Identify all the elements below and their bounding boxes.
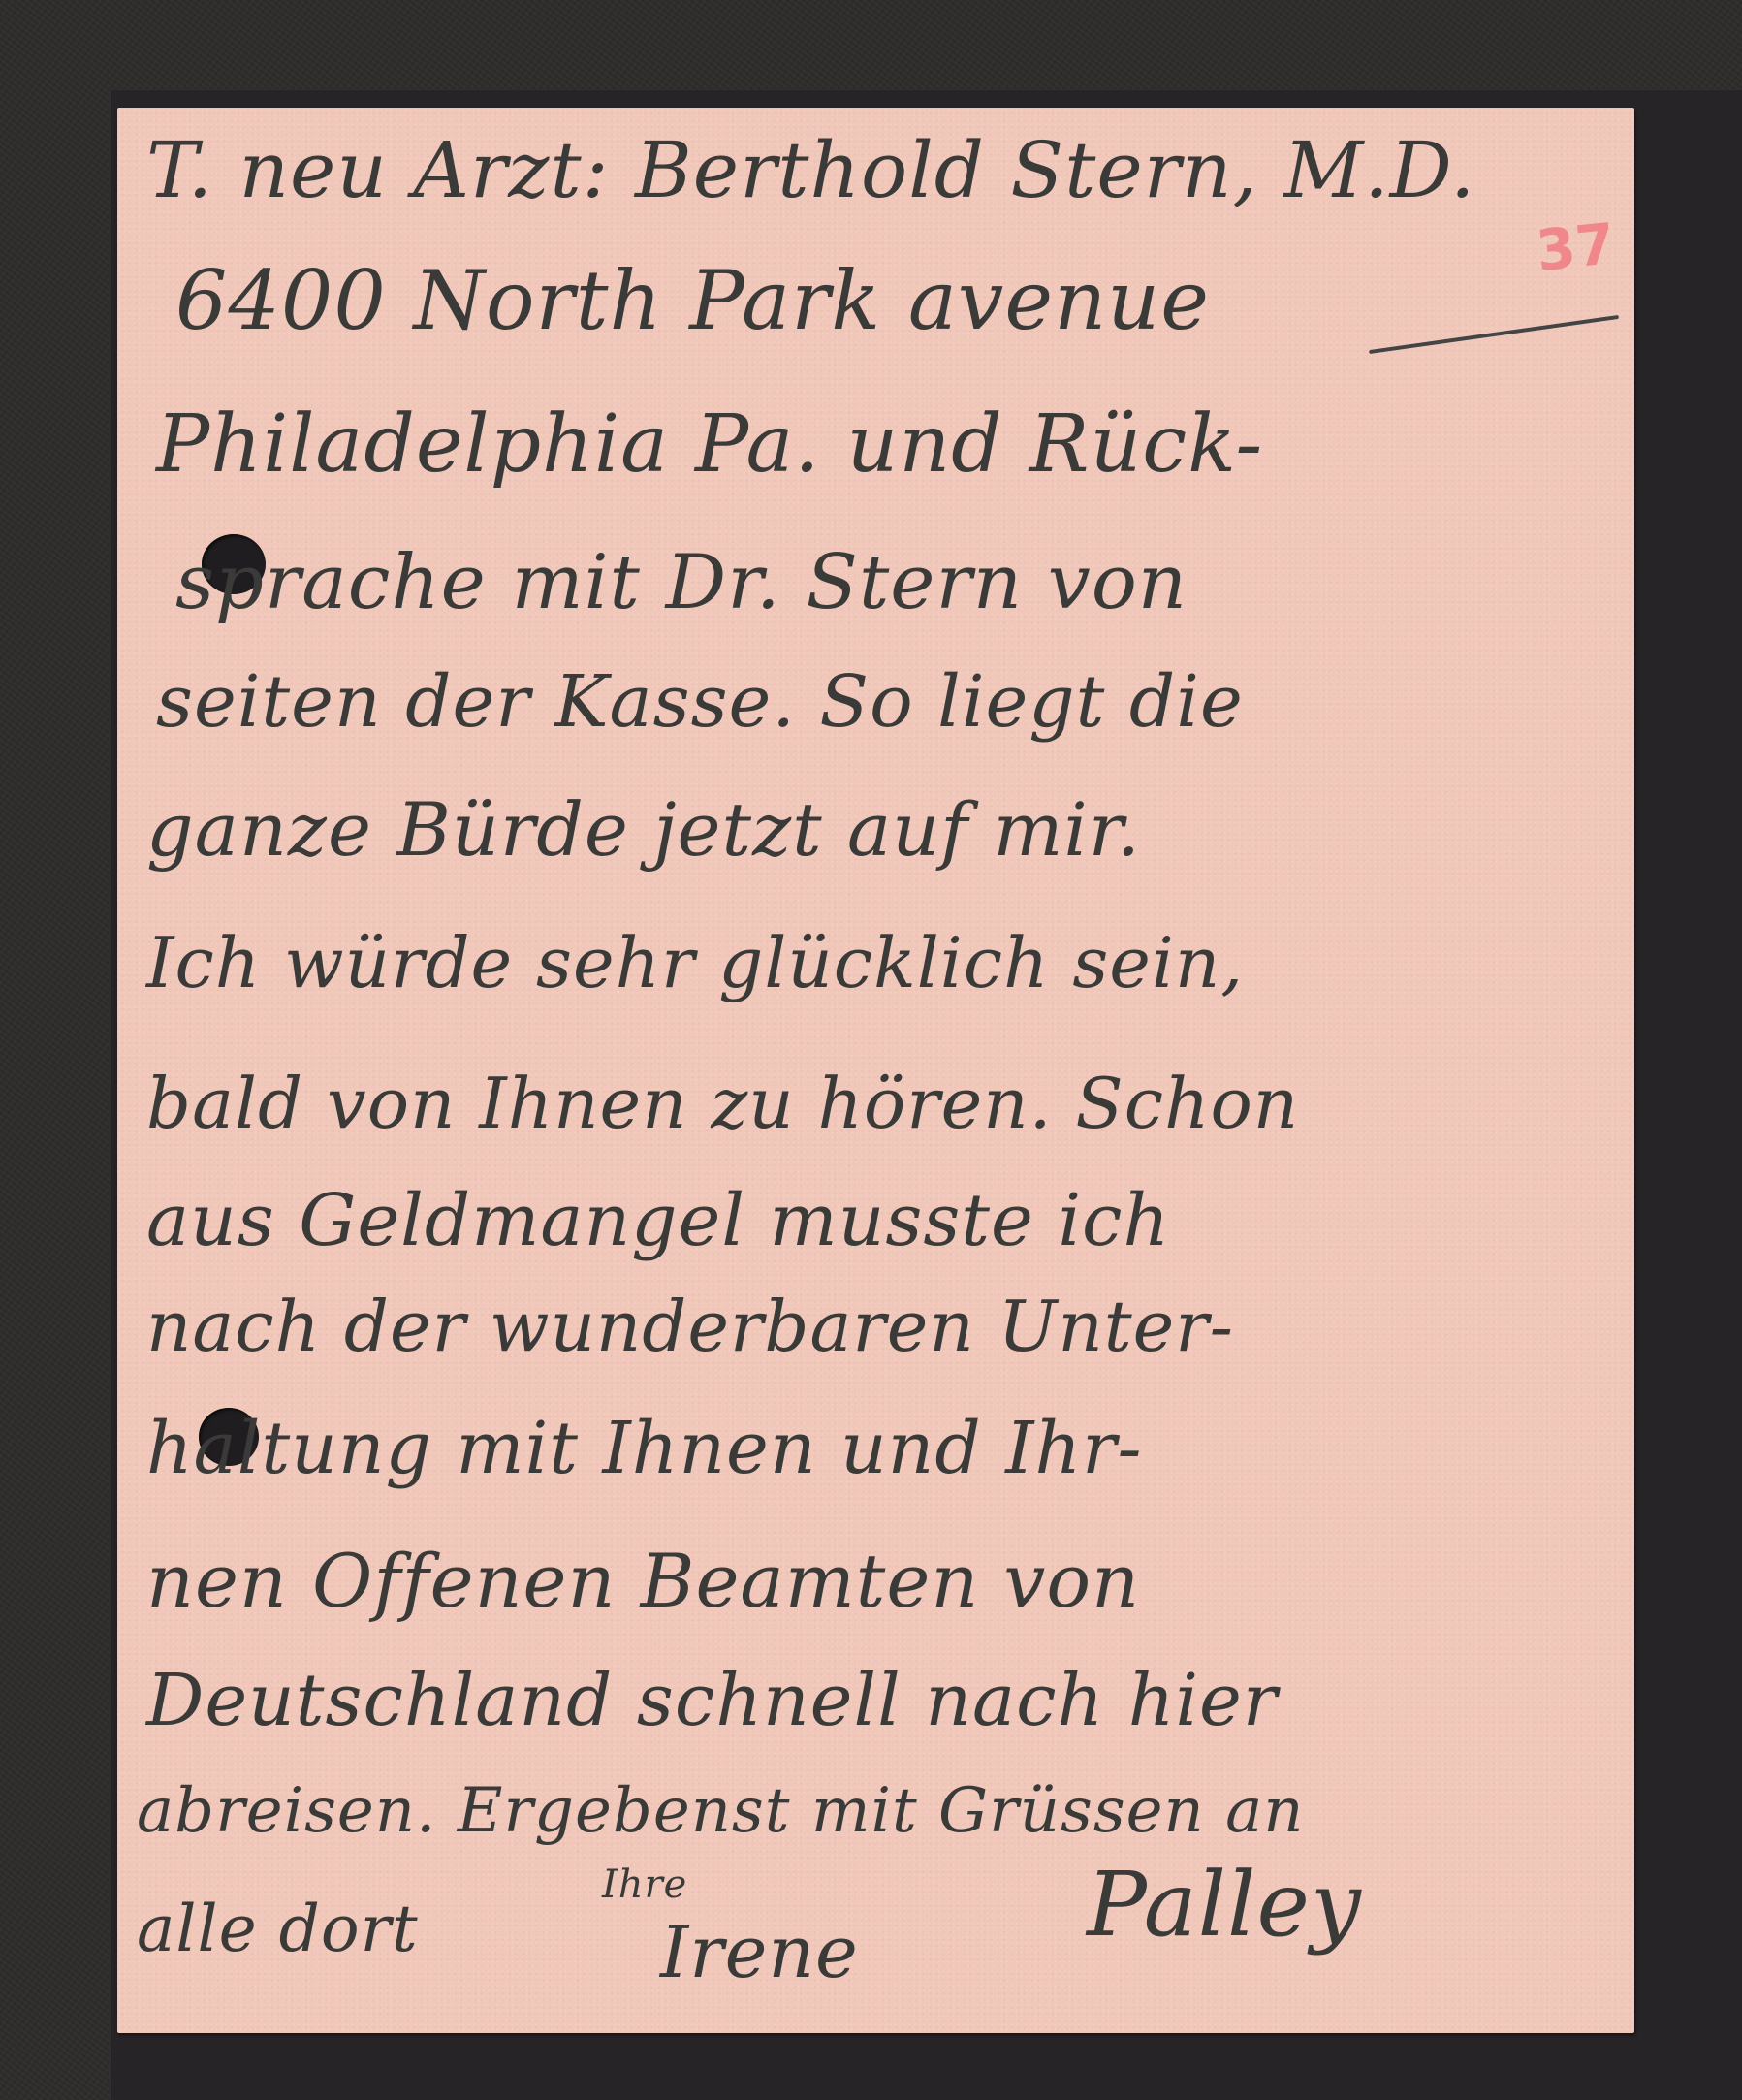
signature-first-name: Irene [660,1911,859,1994]
handwritten-line-3: Philadelphia Pa. und Rück- [156,398,1263,491]
letter-card: 37 T. neu Arzt: Berthold Stern, M.D. 640… [117,108,1634,2033]
handwritten-line-6: ganze Bürde jetzt auf mir. [146,786,1141,873]
handwritten-line-13: Deutschland schnell nach hier [146,1659,1278,1742]
handwritten-line-14: abreisen. Ergebenst mit Grüssen an [137,1775,1304,1847]
handwritten-line-4: sprache mit Dr. Stern von [175,539,1188,626]
handwritten-line-7: Ich würde sehr glücklich sein, [146,922,1244,1003]
signature-last-name: Palley [1087,1853,1362,1957]
handwritten-line-1: T. neu Arzt: Berthold Stern, M.D. [146,125,1475,215]
handwritten-line-8: bald von Ihnen zu hören. Schon [146,1063,1299,1144]
handwritten-line-15: alle dort [137,1892,419,1966]
handwritten-line-5: seiten der Kasse. So liegt die [156,660,1244,744]
closing-salutation: Ihre [602,1862,687,1907]
handwritten-line-9: aus Geldmangel musste ich [146,1179,1170,1262]
handwritten-line-12: nen Offenen Beamten von [146,1538,1140,1624]
handwritten-line-2: 6400 North Park avenue [175,253,1210,348]
handwritten-line-10: nach der wunderbaren Unter- [146,1286,1234,1367]
handwritten-line-11: haltung mit Ihnen und Ihr- [146,1407,1143,1490]
page-number-annotation: 37 [1534,210,1618,284]
flourish-stroke [1369,315,1619,354]
